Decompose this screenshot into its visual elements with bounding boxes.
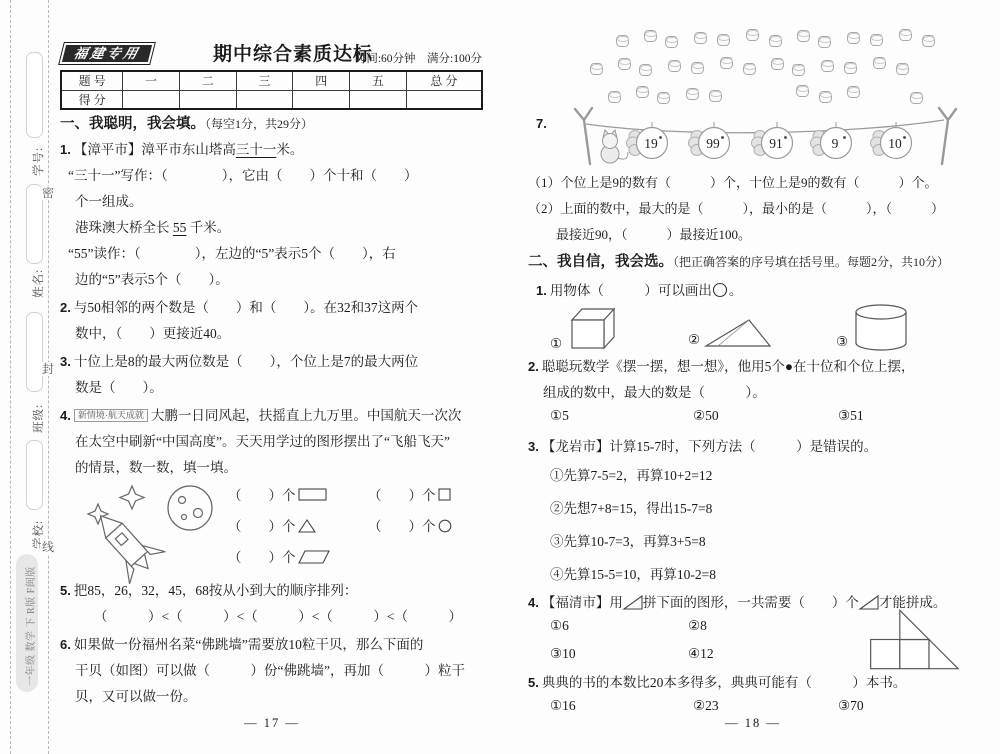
exam-paper: 学号: 姓名: 班级: 学校: 密 封 线 一年级 数学 下 R版 F闽版 福建… xyxy=(0,0,1000,754)
score-cell xyxy=(293,90,350,109)
scallop-icon xyxy=(717,34,730,46)
score-cell xyxy=(179,90,236,109)
s2q2-option3: ③51 xyxy=(838,408,864,424)
q5-line1: 5.把85，26，32，45，68按从小到大的顺序排列： xyxy=(60,580,484,602)
scallop-icon xyxy=(870,34,883,46)
school-box xyxy=(26,440,43,510)
q6-line3: 贝，又可以做一份。 xyxy=(60,686,484,708)
scallop-icon xyxy=(644,30,657,42)
s2q5-option3: ③70 xyxy=(838,698,864,714)
fish-tag-number: 91 xyxy=(769,136,783,151)
fish-tag-number: 19 xyxy=(644,136,658,151)
scallop-icon xyxy=(922,35,935,47)
s2q2-line1: 2.聪聪玩数学《摆一摆，想一想》，他用5个●在十位和个位上摆， xyxy=(528,356,978,378)
q1-line2: “三十一”写作：（ ），它由（ ）个十和（ ） xyxy=(60,165,484,187)
scallop-icon xyxy=(709,90,722,102)
s2q5-line1: 5.典典的书的本数比20本多得多，典典可能有（ ）本书。 xyxy=(528,672,978,694)
q3-line2: 数是（ ）。 xyxy=(60,377,484,399)
seal-char-feng: 封 xyxy=(41,362,55,376)
fill-square: （ ）个 xyxy=(368,484,452,504)
score-cell xyxy=(406,90,482,109)
edition-badge: 福建专用 xyxy=(58,42,156,65)
q1-line4: 港珠澳大桥全长 55 千米。 xyxy=(60,217,484,239)
scallop-icon xyxy=(694,32,707,44)
scallop-icon xyxy=(743,63,756,75)
scallop-icon xyxy=(720,57,733,69)
cat-icon xyxy=(601,130,628,163)
q1-line1: 1.【漳平市】漳平市东山塔高三十一米。 xyxy=(60,139,484,161)
score-table-score-row: 得 分 xyxy=(61,90,482,109)
s2q4-option2: ②8 xyxy=(688,618,707,634)
scallop-icon xyxy=(665,36,678,48)
student-id-box xyxy=(26,52,43,138)
score-label: 得 分 xyxy=(61,90,123,109)
page-number-right: — 18 — xyxy=(528,716,978,731)
scallop-icon xyxy=(896,63,909,75)
fish-number-tag: 99 xyxy=(689,122,730,159)
fish-number-tag: 19 xyxy=(627,122,668,159)
rocket-figure-block: （ ）个 （ ）个 （ ）个 （ ）个 （ ）个 xyxy=(60,480,484,578)
col-question-no: 题 号 xyxy=(61,71,123,90)
s2q2-option1: ①5 xyxy=(550,408,569,424)
student-id-label: 学号: xyxy=(30,147,46,176)
scallop-icon xyxy=(910,92,923,104)
rocket-figure xyxy=(70,480,230,576)
q6-line2: 干贝（如图）可以做（ ）份“佛跳墙”，再加（ ）粒干 xyxy=(60,660,484,682)
rocket-icon xyxy=(83,500,166,585)
scallop-icon xyxy=(873,57,886,69)
parallelogram-icon xyxy=(298,550,330,564)
s2q2-option2: ②50 xyxy=(693,408,719,424)
section2-heading: 二、我自信，我会选。（把正确答案的序号填在括号里。每题2分，共10分） xyxy=(528,250,949,271)
scallop-icon xyxy=(769,35,782,47)
q7-sub1: （1）个位上是9的数有（ ）个，十位上是9的数有（ ）个。 xyxy=(528,172,978,194)
seal-char-mi: 密 xyxy=(41,186,55,200)
s2q1-line: 1.用物体（ ）可以画出。 xyxy=(528,280,978,302)
circle-icon xyxy=(712,282,729,298)
s2q1-option2: ② xyxy=(688,316,772,348)
scallop-icon xyxy=(792,64,805,76)
s2q3-line1: 3.【龙岩市】计算15-7时，下列方法（ ）是错误的。 xyxy=(528,436,978,458)
triangle-icon xyxy=(298,519,316,533)
scallop-icon xyxy=(657,92,670,104)
q4-line2: 在太空中刷新“中国高度”。天天用学过的图形摆出了“飞船飞天” xyxy=(60,431,484,453)
s2q1-option1: ① xyxy=(550,304,618,352)
q6-line1: 6.如果做一份福州名菜“佛跳墙”需要放10粒干贝，那么下面的 xyxy=(60,634,484,656)
scallop-icon xyxy=(590,63,603,75)
cube-icon xyxy=(566,304,618,352)
clothesline-figure: 199991910 xyxy=(564,106,966,170)
scallop-icon xyxy=(608,91,621,103)
cylinder-icon xyxy=(852,302,908,350)
page-left: 福建专用 期中综合素质达标 时间:60分钟 满分:100分 题 号 一 二 三 … xyxy=(60,0,484,754)
s2q4-option3: ③10 xyxy=(550,646,576,662)
scallop-icon xyxy=(847,86,860,98)
triangle-icon xyxy=(623,594,643,610)
s2q5-option1: ①16 xyxy=(550,698,576,714)
fish-number-tag: 91 xyxy=(752,122,793,159)
q1-line5: “55”读作：（ ），左边的“5”表示5个（ ），右 xyxy=(60,243,484,265)
s2q4-option1: ①6 xyxy=(550,618,569,634)
scallop-field xyxy=(586,26,968,116)
moon-icon xyxy=(168,486,212,530)
s2q3-option1: ①先算7-5=2，再算10+2=12 xyxy=(550,464,712,484)
fish-tag-number: 10 xyxy=(888,136,902,151)
circle-icon xyxy=(438,519,452,533)
book-spine-label: 一年级 数学 下 R版 F闽版 xyxy=(22,566,37,686)
book-spine-pill: 一年级 数学 下 R版 F闽版 xyxy=(16,554,38,692)
scallop-icon xyxy=(639,64,652,76)
q2-line2: 数中，（ ）更接近40。 xyxy=(60,323,484,345)
score-cell xyxy=(350,90,407,109)
scallop-icon xyxy=(691,62,704,74)
q7-sub2-cont: 最接近90，（ ）最接近100。 xyxy=(528,224,978,246)
class-label: 班级: xyxy=(30,404,46,433)
q1-line3: 个一组成。 xyxy=(60,191,484,213)
time-score-info: 时间:60分钟 满分:100分 xyxy=(355,50,482,66)
scallop-icon xyxy=(821,60,834,72)
q5-ordering-line: （ ）<（ ）<（ ）<（ ）<（ ） xyxy=(60,606,484,628)
fish-tag-number: 99 xyxy=(706,136,720,151)
prism-icon xyxy=(704,316,772,348)
name-label: 姓名: xyxy=(30,269,46,298)
scallop-icon xyxy=(746,29,759,41)
scallop-icon xyxy=(818,36,831,48)
section1-heading: 一、我聪明，我会填。（每空1分，共29分） xyxy=(60,112,313,133)
post-icon xyxy=(939,108,956,164)
s2q5-option2: ②23 xyxy=(693,698,719,714)
score-cell xyxy=(236,90,293,109)
s2q3-option3: ③先算10-7=3，再算3+5=8 xyxy=(550,530,706,550)
q7-sub2: （2）上面的数中，最大的是（ ），最小的是（ ），（ ） xyxy=(528,198,978,220)
post-icon xyxy=(575,108,592,164)
scallop-icon xyxy=(771,58,784,70)
fill-parallelogram: （ ）个 xyxy=(228,546,330,566)
s2q3-option4: ④先算15-5=10，再算10-2=8 xyxy=(550,563,716,583)
scallop-icon xyxy=(796,85,809,97)
margin-dashed-line-outer xyxy=(10,0,11,754)
fill-rectangle: （ ）个 xyxy=(228,484,328,504)
star-icon xyxy=(120,486,144,509)
scallop-icon xyxy=(899,29,912,41)
q4-line3: 的情景，数一数，填一填。 xyxy=(60,457,484,479)
fish-tag-number: 9 xyxy=(832,136,839,151)
fill-circle: （ ）个 xyxy=(368,515,452,535)
class-box xyxy=(26,312,43,392)
seal-char-xian: 线 xyxy=(41,540,55,554)
scallop-icon xyxy=(819,91,832,103)
q3-line1: 3.十位上是8的最大两位数是（ ），个位上是7的最大两位 xyxy=(60,351,484,373)
s2q2-line2: 组成的数中，最大的数是（ ）。 xyxy=(528,382,978,404)
fish-number-tag: 9 xyxy=(811,122,852,159)
composite-shape-figure xyxy=(864,606,964,673)
fill-triangle: （ ）个 xyxy=(228,515,316,535)
scallop-icon xyxy=(668,60,681,72)
scallop-icon xyxy=(636,86,649,98)
scallop-icon xyxy=(618,58,631,70)
scallop-icon xyxy=(844,62,857,74)
s2q3-option2: ②先想7+8=15，得出15-7=8 xyxy=(550,497,712,517)
q4-line1: 4.新情境·航天成就大鹏一日同风起，扶摇直上九万里。中国航天一次次 xyxy=(60,405,484,427)
scallop-icon xyxy=(616,35,629,47)
scallop-icon xyxy=(686,88,699,100)
score-cell xyxy=(123,90,180,109)
score-table-header-row: 题 号 一 二 三 四 五 总 分 xyxy=(61,71,482,90)
square-icon xyxy=(438,488,452,502)
score-table: 题 号 一 二 三 四 五 总 分 得 分 xyxy=(60,70,483,110)
page-right: 7. 199991910 （1）个位上是9的数有（ ）个，十位上是9的数有（ ）… xyxy=(528,0,978,754)
s2q4-option4: ④12 xyxy=(688,646,714,662)
s2q1-option3: ③ xyxy=(836,302,908,350)
scallop-icon xyxy=(847,32,860,44)
rectangle-icon xyxy=(298,488,328,502)
scallop-icon xyxy=(797,30,810,42)
q7-number: 7. xyxy=(536,116,547,131)
q1-line6: 边的“5”表示5个（ ）。 xyxy=(60,269,484,291)
context-badge: 新情境·航天成就 xyxy=(74,409,148,422)
col-total: 总 分 xyxy=(406,71,482,90)
q2-line1: 2.与50相邻的两个数是（ ）和（ ）。在32和37这两个 xyxy=(60,297,484,319)
seal-dashed-line xyxy=(48,0,49,754)
page-number-left: — 17 — xyxy=(60,716,484,731)
